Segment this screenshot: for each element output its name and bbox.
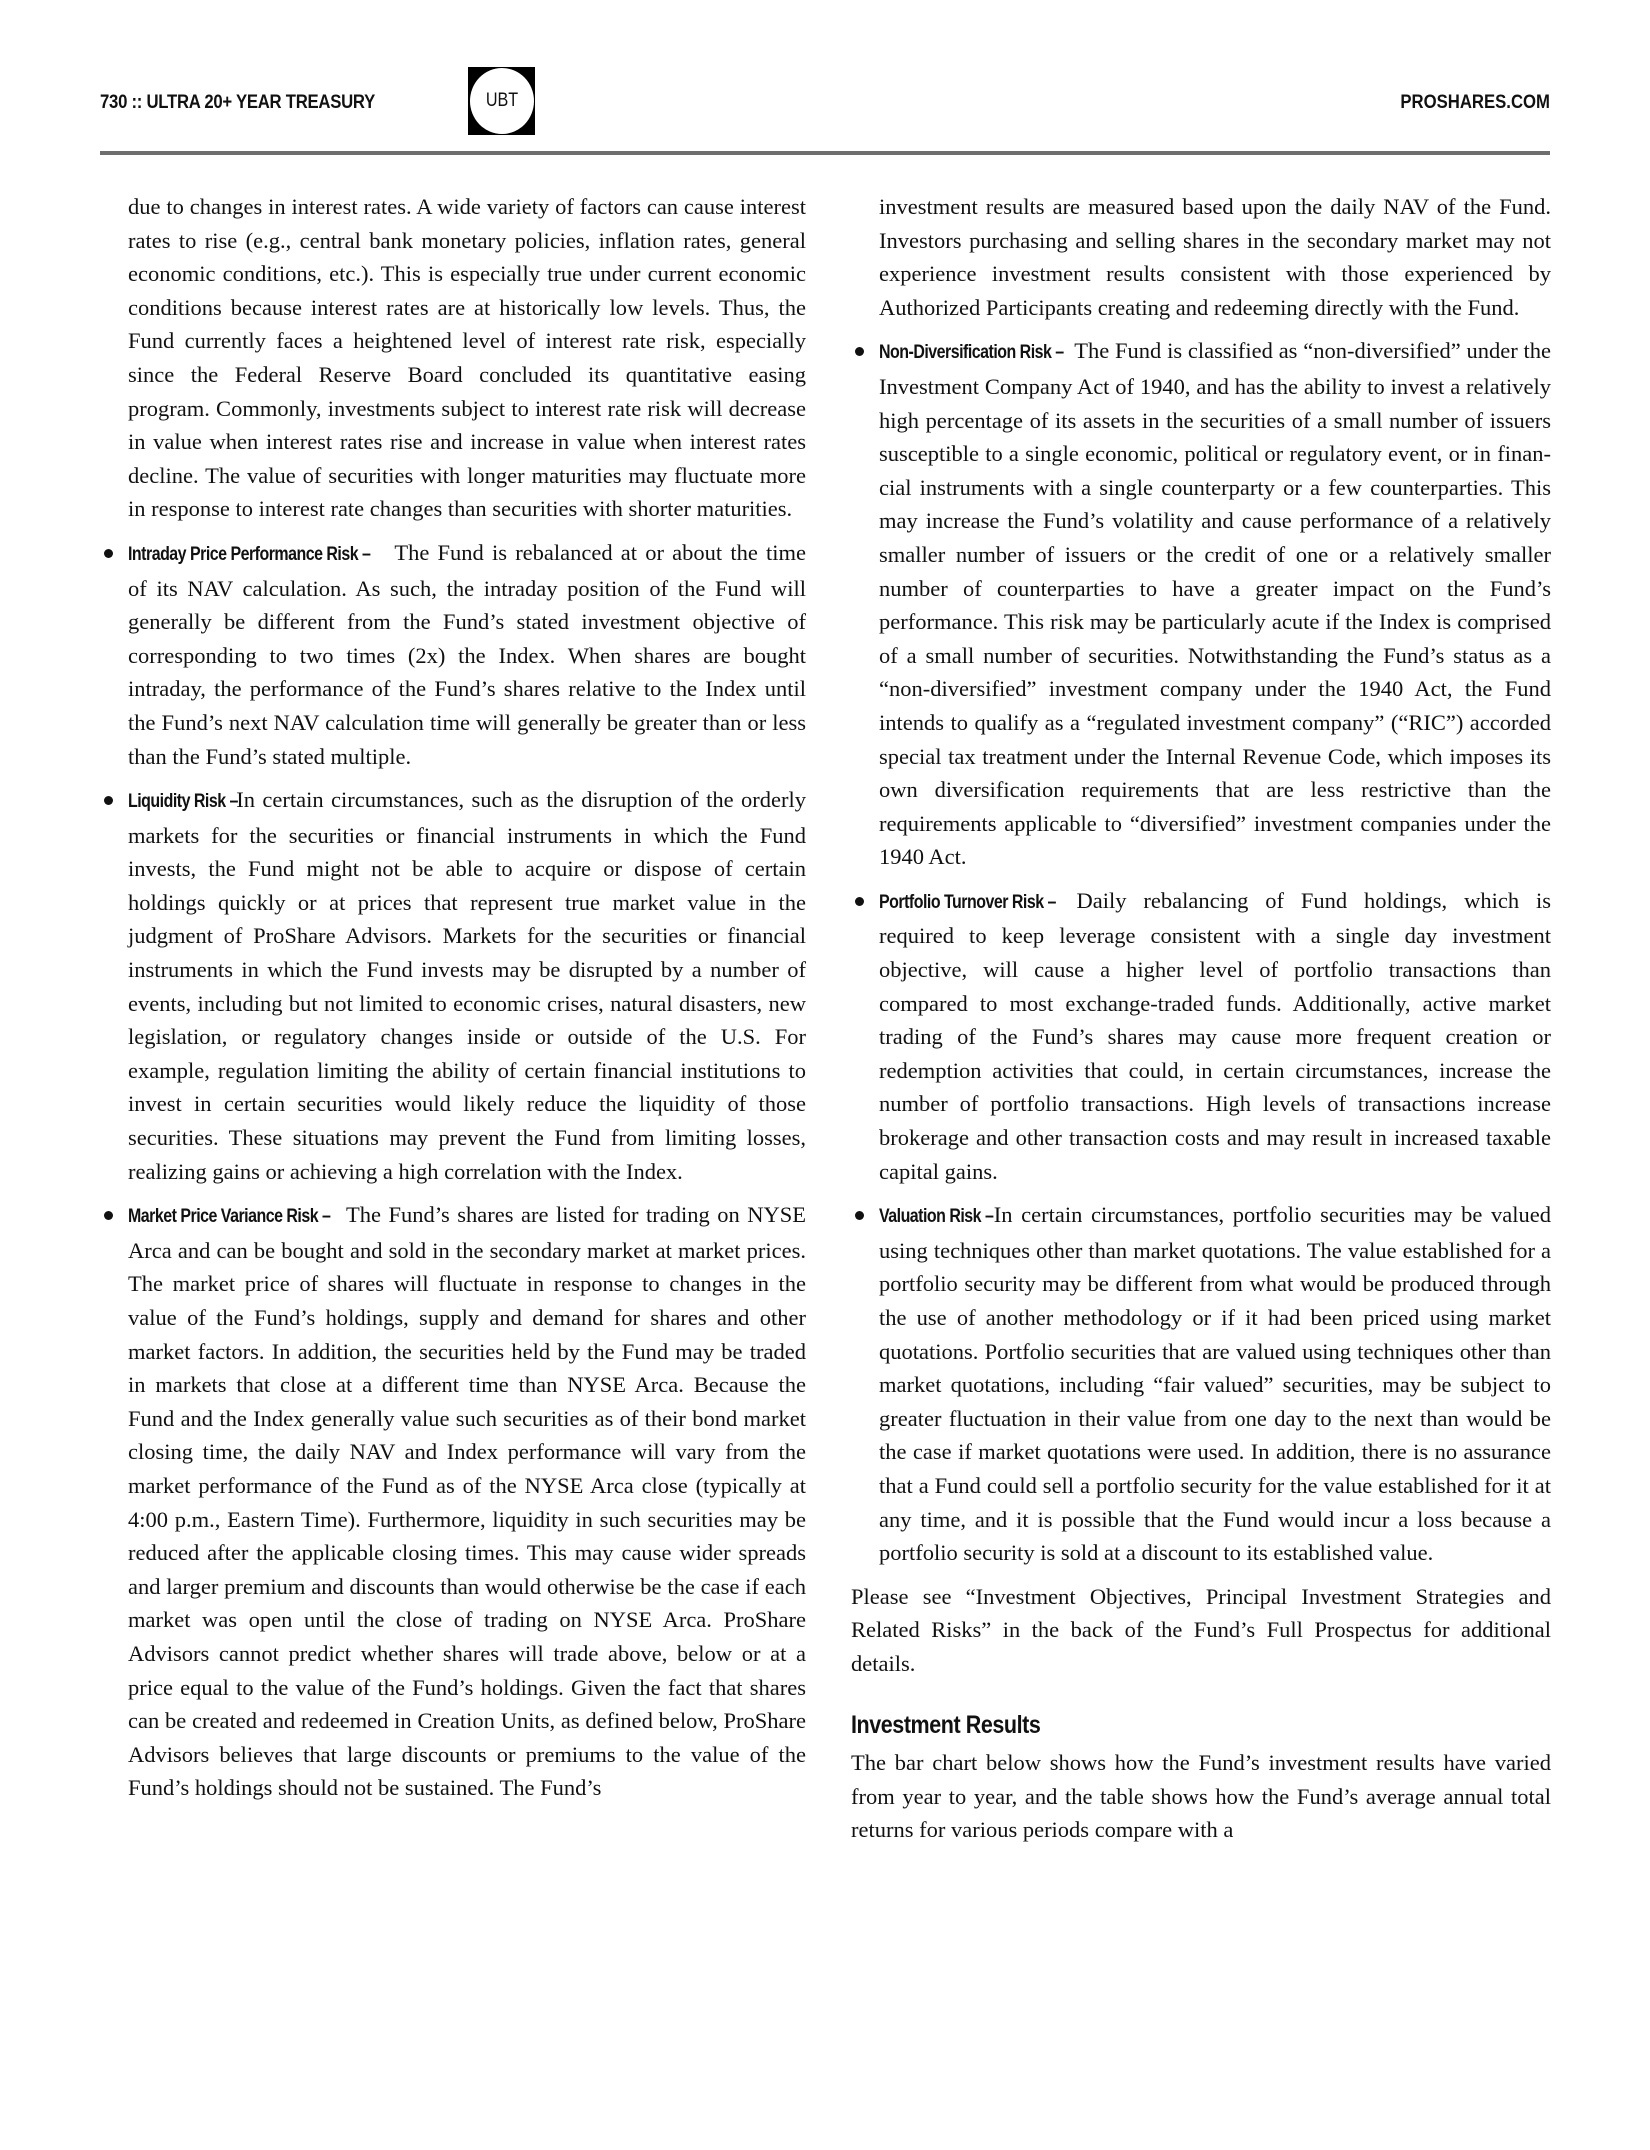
risk-body: In certain circumstances, such as the di… bbox=[128, 787, 806, 1184]
bullet-icon bbox=[104, 1211, 113, 1220]
risk-title: Non-Diversification Risk – bbox=[879, 336, 1064, 370]
risk-item-valuation: Valuation Risk – In certain circumstance… bbox=[851, 1198, 1551, 1570]
bullet-icon bbox=[855, 1211, 864, 1220]
interest-rate-risk-continuation: due to changes in interest rates. A wide… bbox=[100, 190, 806, 526]
risk-title: Portfolio Turnover Risk – bbox=[879, 886, 1056, 920]
bullet-icon bbox=[104, 549, 113, 558]
risk-item-market-price-variance: Market Price Variance Risk – The Fund’s … bbox=[100, 1198, 806, 1805]
left-column: due to changes in interest rates. A wide… bbox=[100, 190, 806, 1815]
ticker-badge-circle: UBT bbox=[470, 68, 534, 134]
section-heading-investment-results: Investment Results bbox=[851, 1709, 1040, 1743]
risk-item-intraday: Intraday Price Performance Risk – The Fu… bbox=[100, 536, 806, 773]
risk-title: Liquidity Risk – bbox=[128, 785, 238, 819]
risk-item-non-diversification: Non-Diversification Risk – The Fund is c… bbox=[851, 334, 1551, 874]
ticker-badge-label: UBT bbox=[485, 90, 517, 112]
market-price-variance-continuation: investment results are measured based up… bbox=[851, 190, 1551, 324]
site-link[interactable]: PROSHARES.COM bbox=[1400, 92, 1550, 114]
risk-title: Valuation Risk – bbox=[879, 1200, 993, 1234]
bullet-icon bbox=[855, 897, 864, 906]
page-header: 730 :: ULTRA 20+ YEAR TREASURY UBT PROSH… bbox=[100, 60, 1550, 155]
page-label: 730 :: ULTRA 20+ YEAR TREASURY bbox=[100, 92, 375, 114]
risk-title: Market Price Variance Risk – bbox=[128, 1200, 330, 1234]
risk-body: The Fund is rebalanced at or about the t… bbox=[128, 540, 806, 769]
right-column: investment results are measured based up… bbox=[851, 190, 1551, 1857]
bullet-icon bbox=[104, 796, 113, 805]
risk-title: Intraday Price Performance Risk – bbox=[128, 538, 370, 572]
risk-item-liquidity: Liquidity Risk – In certain circumstance… bbox=[100, 783, 806, 1188]
risk-body: Daily rebalancing of Fund holdings, whic… bbox=[879, 888, 1551, 1184]
ticker-badge: UBT bbox=[468, 67, 535, 135]
risk-item-portfolio-turnover: Portfolio Turnover Risk – Daily rebalanc… bbox=[851, 884, 1551, 1188]
see-also-paragraph: Please see “Investment Objectives, Princ… bbox=[851, 1580, 1551, 1681]
risk-body: In certain circumstances, portfolio secu… bbox=[879, 1202, 1551, 1565]
bullet-icon bbox=[855, 347, 864, 356]
risk-body: The Fund’s shares are listed for trad­in… bbox=[128, 1202, 806, 1800]
investment-results-paragraph: The bar chart below shows how the Fund’s… bbox=[851, 1746, 1551, 1847]
risk-body: The Fund is classified as “non-diversifi… bbox=[879, 338, 1551, 869]
header-divider bbox=[100, 151, 1550, 155]
